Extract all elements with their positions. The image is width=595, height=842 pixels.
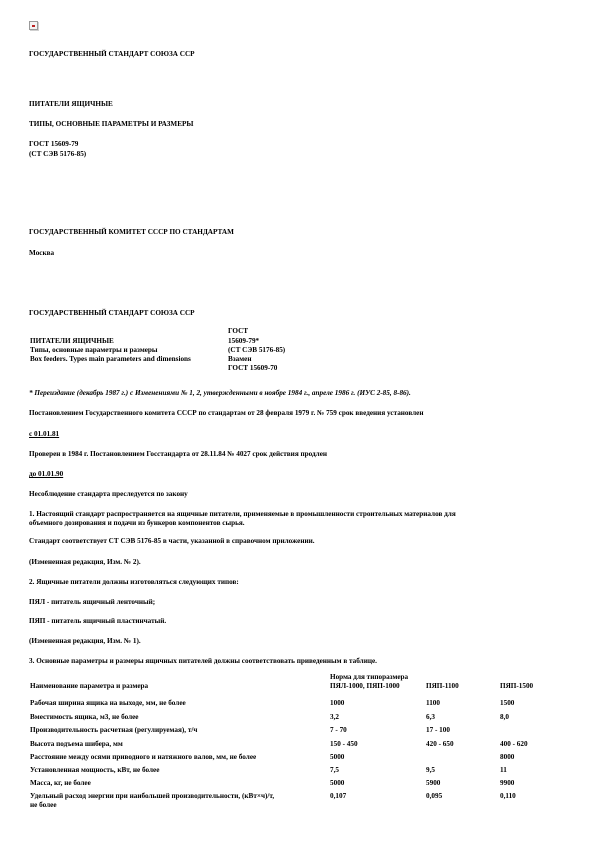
param-name: Удельный расход энергии при наибольшей п… [30,792,274,800]
header-st-sev: (СТ СЭВ 5176-85) [228,346,285,354]
violation-text: Несоблюдение стандарта преследуется по з… [29,490,188,498]
cell-value: 150 - 450 [330,740,358,748]
cell-value: 9,5 [426,766,435,774]
param-name: Масса, кг, не более [30,779,91,787]
param-name: Вместимость ящика, м3, не более [30,713,138,721]
header-replaces-gost: ГОСТ 15609-70 [228,364,277,372]
header-gost-label: ГОСТ [228,327,248,335]
header-gost-number: 15609-79* [228,337,259,345]
column-header-3: ПЯП-1500 [500,682,533,690]
cell-value: 420 - 650 [426,740,454,748]
conformity-text: Стандарт соответствует СТ СЭВ 5176-85 в … [29,537,315,545]
header-title-en: Box feeders. Types main parameters and d… [30,355,191,363]
cell-value: 7 - 70 [330,726,347,734]
param-name: не более [30,801,57,809]
cell-value: 5000 [330,753,344,761]
cell-value: 1500 [500,699,514,707]
decree-text: Постановлением Государственного комитета… [29,409,424,417]
cell-value: 8,0 [500,713,509,721]
paragraph-1-line-2: объемного дозирования и подачи из бункер… [29,519,245,527]
cell-value: 0,095 [426,792,442,800]
cell-value: 3,2 [330,713,339,721]
cover-city: Москва [29,249,54,257]
cell-value: 5000 [330,779,344,787]
edit-note-2: (Измененная редакция, Изм. № 2). [29,558,141,566]
cell-value: 17 - 100 [426,726,450,734]
header-norm: Норма для типоразмера [330,673,408,681]
cell-value: 8000 [500,753,514,761]
cover-org-line: ГОСУДАРСТВЕННЫЙ СТАНДАРТ СОЮЗА ССР [29,50,195,58]
effective-date: с 01.01.81 [29,430,59,438]
expiry-date: до 01.01.90 [29,470,63,478]
cell-value: 11 [500,766,507,774]
header-param: Наименование параметра и размера [30,682,148,690]
header-title-ru: Типы, основные параметры и размеры [30,346,158,354]
cell-value: 7,5 [330,766,339,774]
header-replaces-label: Взамен [228,355,252,363]
cell-value: 6,3 [426,713,435,721]
cover-title: ПИТАТЕЛИ ЯЩИЧНЫЕ [29,100,113,108]
cell-value: 0,110 [500,792,516,800]
paragraph-2: 2. Ящичные питатели должны изготовляться… [29,578,239,586]
header-org-line: ГОСУДАРСТВЕННЫЙ СТАНДАРТ СОЮЗА ССР [29,309,195,317]
paragraph-3: 3. Основные параметры и размеры ящичных … [29,657,377,665]
param-name: Рабочая ширина ящика на выходе, мм, не б… [30,699,186,707]
param-name: Расстояние между осями приводного и натя… [30,753,256,761]
cover-subtitle: ТИПЫ, ОСНОВНЫЕ ПАРАМЕТРЫ И РАЗМЕРЫ [29,120,193,128]
column-header-2: ПЯП-1100 [426,682,459,690]
param-name: Производительность расчетная (регулируем… [30,726,197,734]
cell-value: 5900 [426,779,440,787]
checked-text: Проверен в 1984 г. Постановлением Госста… [29,450,327,458]
reissue-note: * Переиздание (декабрь 1987 г.) с Измене… [29,389,411,397]
cell-value: 9900 [500,779,514,787]
cell-value: 1000 [330,699,344,707]
header-title: ПИТАТЕЛИ ЯЩИЧНЫЕ [30,337,114,345]
cell-value: 0,107 [330,792,346,800]
broken-image-icon [29,21,38,30]
cover-st-sev: (СТ СЭВ 5176-85) [29,150,86,158]
edit-note-1: (Измененная редакция, Изм. № 1). [29,637,141,645]
cover-committee: ГОСУДАРСТВЕННЫЙ КОМИТЕТ СССР ПО СТАНДАРТ… [29,228,234,236]
param-name: Высота подъема шибера, мм [30,740,123,748]
cell-value: 1100 [426,699,440,707]
type-pyap: ПЯП - питатель ящичный пластинчатый. [29,617,166,625]
param-name: Установленная мощность, кВт, не более [30,766,159,774]
column-header-1: ПЯЛ-1000, ПЯП-1000 [330,682,400,690]
type-pyal: ПЯЛ - питатель ящичный ленточный; [29,598,155,606]
cell-value: 400 - 620 [500,740,528,748]
cover-gost: ГОСТ 15609-79 [29,140,78,148]
paragraph-1-line-1: 1. Настоящий стандарт распространяется н… [29,510,456,518]
